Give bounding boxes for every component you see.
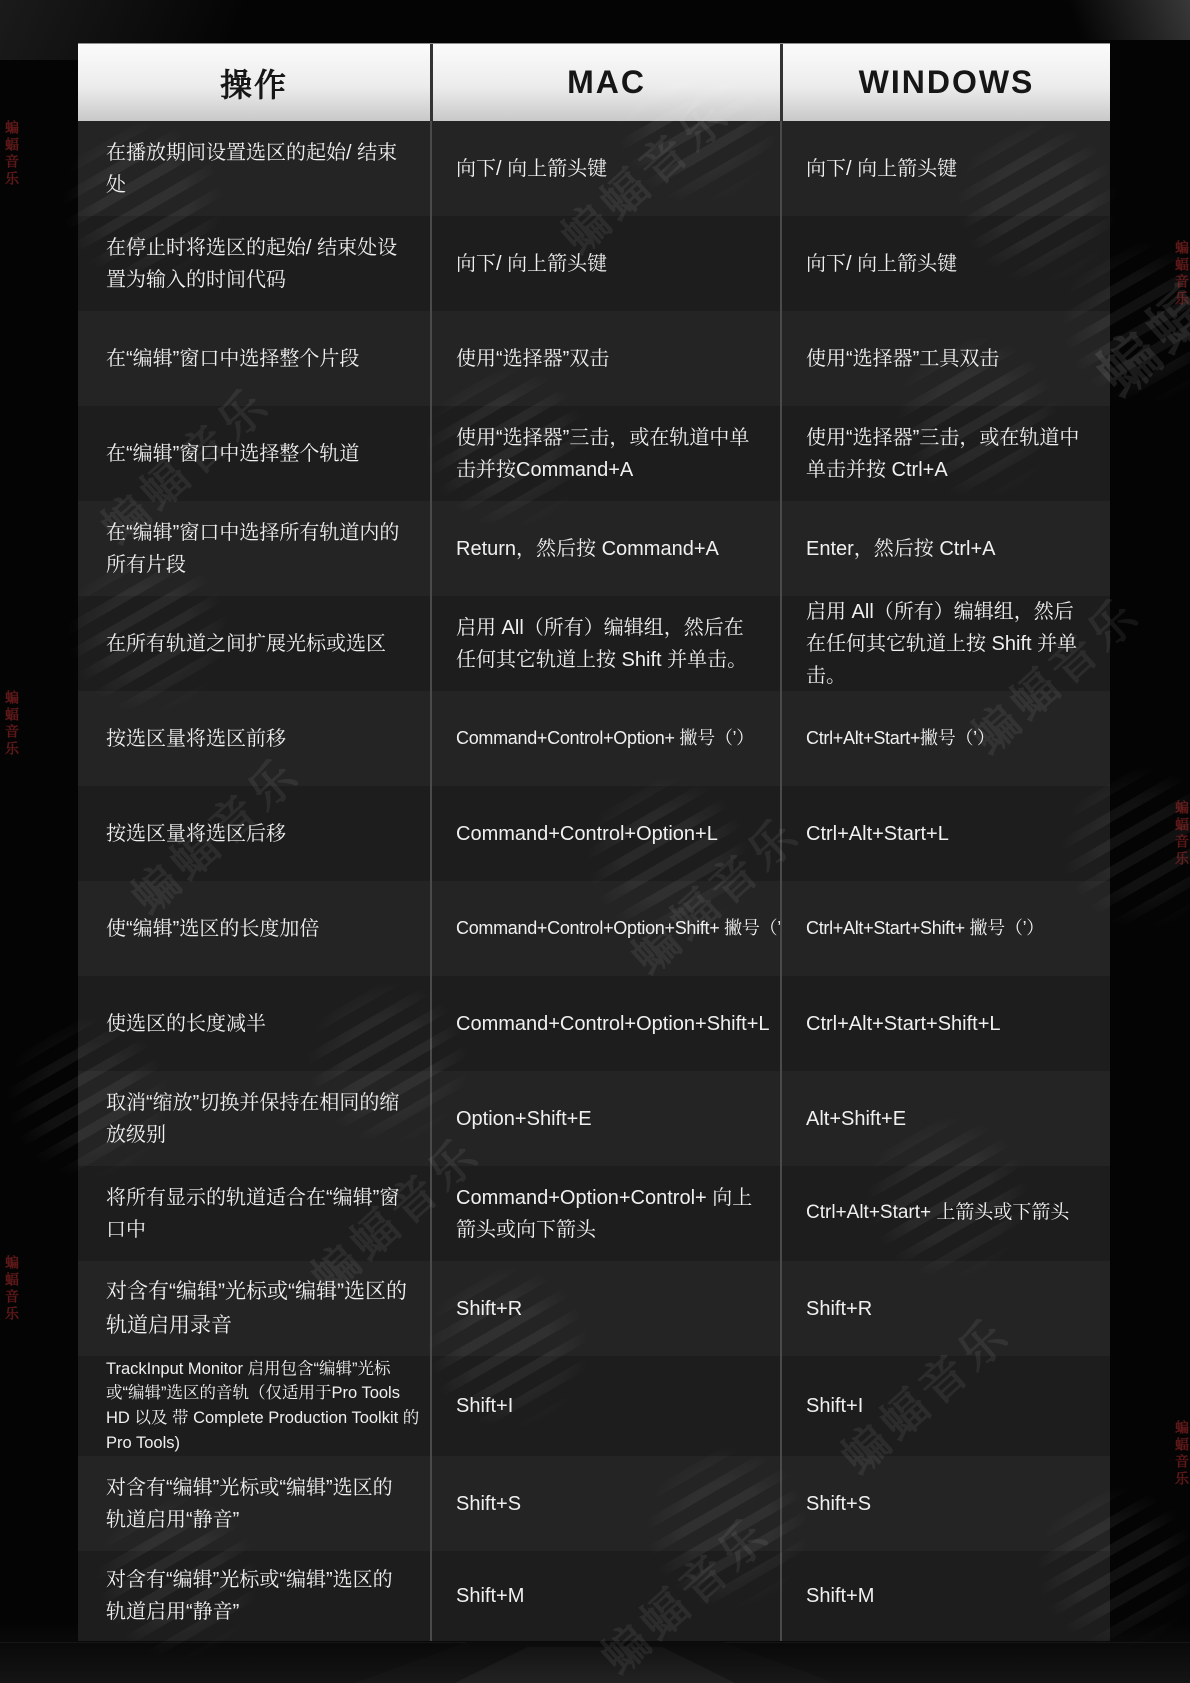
action-cell: 对含有“编辑”光标或“编辑”选区的轨道启用“静音”	[78, 1456, 430, 1551]
action-cell: 在所有轨道之间扩展光标或选区	[78, 596, 430, 691]
shortcut-table: 操作 MAC WINDOWS 在播放期间设置选区的起始/ 结束处 向下/ 向上箭…	[78, 43, 1110, 1641]
windows-cell: 使用“选择器”工具双击	[780, 311, 1110, 406]
stage-trapezoid-outer	[355, 1641, 835, 1683]
action-cell: 将所有显示的轨道适合在“编辑”窗口中	[78, 1166, 430, 1261]
table-row: 使选区的长度减半 Command+Control+Option+Shift+L …	[78, 976, 1110, 1071]
mac-cell: Command+Control+Option+Shift+ 撇号（’）	[430, 881, 780, 976]
table-row: 对含有“编辑”光标或“编辑”选区的轨道启用录音 Shift+R Shift+R	[78, 1261, 1110, 1356]
table-body: 在播放期间设置选区的起始/ 结束处 向下/ 向上箭头键 向下/ 向上箭头键 在停…	[78, 121, 1110, 1641]
table-row: 在所有轨道之间扩展光标或选区 启用 All（所有）编辑组，然后在任何其它轨道上按…	[78, 596, 1110, 691]
windows-cell: Enter，然后按 Ctrl+A	[780, 501, 1110, 596]
edge-watermark-red: 蝙蝠音乐	[2, 1255, 22, 1323]
table-row: 在“编辑”窗口中选择整个轨道 使用“选择器”三击，或在轨道中单击并按Comman…	[78, 406, 1110, 501]
edge-watermark-red: 蝙蝠音乐	[1172, 240, 1190, 308]
mac-cell: Command+Control+Option+Shift+L	[430, 976, 780, 1071]
action-cell: 对含有“编辑”光标或“编辑”选区的轨道启用录音	[78, 1261, 430, 1356]
mac-cell: 使用“选择器”三击，或在轨道中单击并按Command+A	[430, 406, 780, 501]
windows-cell: 使用“选择器”三击，或在轨道中单击并按 Ctrl+A	[780, 406, 1110, 501]
action-cell: 使“编辑”选区的长度加倍	[78, 881, 430, 976]
action-cell: TrackInput Monitor 启用包含“编辑”光标或“编辑”选区的音轨（…	[78, 1356, 430, 1456]
mac-cell: 使用“选择器”双击	[430, 311, 780, 406]
stage-trapezoid-inner	[455, 1647, 735, 1683]
windows-cell: Shift+S	[780, 1456, 1110, 1551]
edge-watermark-red: 蝙蝠音乐	[2, 120, 22, 188]
table-row: 在播放期间设置选区的起始/ 结束处 向下/ 向上箭头键 向下/ 向上箭头键	[78, 121, 1110, 216]
windows-cell: 启用 All（所有）编辑组，然后在任何其它轨道上按 Shift 并单击。	[780, 596, 1110, 691]
mac-cell: Shift+I	[430, 1356, 780, 1456]
action-cell: 在“编辑”窗口中选择整个片段	[78, 311, 430, 406]
stage-floor-line	[0, 1642, 1190, 1643]
windows-cell: 向下/ 向上箭头键	[780, 121, 1110, 216]
table-row: 使“编辑”选区的长度加倍 Command+Control+Option+Shif…	[78, 881, 1110, 976]
mac-cell: Shift+M	[430, 1551, 780, 1641]
windows-cell: 向下/ 向上箭头键	[780, 216, 1110, 311]
action-cell: 取消“缩放”切换并保持在相同的缩放级别	[78, 1071, 430, 1166]
table-row: 取消“缩放”切换并保持在相同的缩放级别 Option+Shift+E Alt+S…	[78, 1071, 1110, 1166]
mac-cell: Shift+S	[430, 1456, 780, 1551]
stage-graphic	[0, 1637, 1190, 1683]
table-row: 对含有“编辑”光标或“编辑”选区的轨道启用“静音” Shift+M Shift+…	[78, 1551, 1110, 1641]
page: { "header": { "col_action": "操作", "col_m…	[0, 0, 1190, 1683]
mac-cell: Shift+R	[430, 1261, 780, 1356]
action-cell: 在“编辑”窗口中选择所有轨道内的所有片段	[78, 501, 430, 596]
header-mac: MAC	[430, 44, 780, 121]
table-row: 按选区量将选区前移 Command+Control+Option+ 撇号（’） …	[78, 691, 1110, 786]
windows-cell: Ctrl+Alt+Start+Shift+ 撇号（’）	[780, 881, 1110, 976]
edge-watermark-red: 蝙蝠音乐	[2, 690, 22, 758]
mac-cell: Command+Control+Option+ 撇号（’）	[430, 691, 780, 786]
header-windows: WINDOWS	[780, 44, 1110, 121]
mac-cell: Return，然后按 Command+A	[430, 501, 780, 596]
mac-cell: 向下/ 向上箭头键	[430, 121, 780, 216]
mac-cell: 启用 All（所有）编辑组，然后在任何其它轨道上按 Shift 并单击。	[430, 596, 780, 691]
table-header: 操作 MAC WINDOWS	[78, 43, 1110, 121]
windows-cell: Shift+R	[780, 1261, 1110, 1356]
windows-cell: Ctrl+Alt+Start+ 上箭头或下箭头	[780, 1166, 1110, 1261]
action-cell: 在播放期间设置选区的起始/ 结束处	[78, 121, 430, 216]
table-row: 在“编辑”窗口中选择整个片段 使用“选择器”双击 使用“选择器”工具双击	[78, 311, 1110, 406]
windows-cell: Ctrl+Alt+Start+撇号（’）	[780, 691, 1110, 786]
edge-watermark-red: 蝙蝠音乐	[1172, 1420, 1190, 1488]
mac-cell: 向下/ 向上箭头键	[430, 216, 780, 311]
windows-cell: Shift+I	[780, 1356, 1110, 1456]
action-cell: 使选区的长度减半	[78, 976, 430, 1071]
background-top-right-glow	[1050, 0, 1190, 40]
mac-cell: Command+Option+Control+ 向上箭头或向下箭头	[430, 1166, 780, 1261]
table-row: 对含有“编辑”光标或“编辑”选区的轨道启用“静音” Shift+S Shift+…	[78, 1456, 1110, 1551]
table-row: 将所有显示的轨道适合在“编辑”窗口中 Command+Option+Contro…	[78, 1166, 1110, 1261]
header-action: 操作	[78, 44, 430, 121]
edge-watermark-red: 蝙蝠音乐	[1172, 800, 1190, 868]
table-row: 按选区量将选区后移 Command+Control+Option+L Ctrl+…	[78, 786, 1110, 881]
windows-cell: Ctrl+Alt+Start+L	[780, 786, 1110, 881]
action-cell: 在停止时将选区的起始/ 结束处设置为输入的时间代码	[78, 216, 430, 311]
table-row: 在停止时将选区的起始/ 结束处设置为输入的时间代码 向下/ 向上箭头键 向下/ …	[78, 216, 1110, 311]
action-cell: 按选区量将选区后移	[78, 786, 430, 881]
table-row: 在“编辑”窗口中选择所有轨道内的所有片段 Return，然后按 Command+…	[78, 501, 1110, 596]
windows-cell: Ctrl+Alt+Start+Shift+L	[780, 976, 1110, 1071]
table-row: TrackInput Monitor 启用包含“编辑”光标或“编辑”选区的音轨（…	[78, 1356, 1110, 1456]
windows-cell: Shift+M	[780, 1551, 1110, 1641]
action-cell: 按选区量将选区前移	[78, 691, 430, 786]
mac-cell: Command+Control+Option+L	[430, 786, 780, 881]
mac-cell: Option+Shift+E	[430, 1071, 780, 1166]
windows-cell: Alt+Shift+E	[780, 1071, 1110, 1166]
action-cell: 对含有“编辑”光标或“编辑”选区的轨道启用“静音”	[78, 1551, 430, 1641]
action-cell: 在“编辑”窗口中选择整个轨道	[78, 406, 430, 501]
